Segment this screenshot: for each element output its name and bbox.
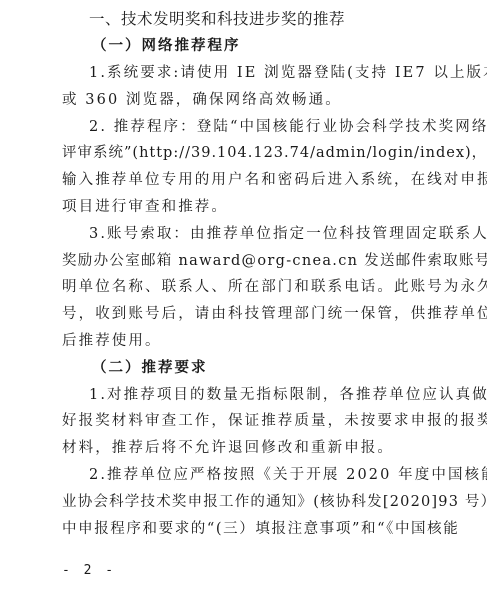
- paragraph-line: 1.系统要求:请使用 IE 浏览器登陆(支持 IE7 以上版本）: [89, 63, 487, 83]
- paragraph-line: 2.推荐单位应严格按照《关于开展 2020 年度中国核能行: [89, 465, 487, 485]
- paragraph-line: 输入推荐单位专用的用户名和密码后进入系统，在线对申报: [62, 170, 487, 190]
- paragraph-line: 3.账号索取：由推荐单位指定一位科技管理固定联系人向: [89, 224, 487, 244]
- paragraph-line: 材料，推荐后将不允许退回修改和重新申报。: [62, 438, 394, 458]
- paragraph-line: 2. 推荐程序：登陆“中国核能行业协会科学技术奖网络: [89, 117, 487, 137]
- page-number: - 2 -: [62, 563, 116, 578]
- subsection-title-requirements: （二）推荐要求: [92, 358, 208, 378]
- paragraph-line: 业协会科学技术奖申报工作的通知》(核协科发[2020]93 号）: [62, 492, 487, 512]
- paragraph-line: 项目进行审查和推荐。: [62, 197, 228, 217]
- section-title: 一、技术发明奖和科技进步奖的推荐: [89, 9, 345, 29]
- paragraph-line: 明单位名称、联系人、所在部门和联系电话。此账号为永久账: [62, 277, 487, 297]
- paragraph-line: 1.对推荐项目的数量无指标限制，各推荐单位应认真做: [89, 385, 487, 405]
- paragraph-line: 后推荐使用。: [62, 331, 162, 351]
- paragraph-line: 好报奖材料审查工作，保证推荐质量，未按要求申报的报奖: [62, 411, 487, 431]
- subsection-title-network: （一）网络推荐程序: [92, 36, 241, 56]
- paragraph-line: 中申报程序和要求的“(三）填报注意事项”和“《中国核能: [62, 519, 459, 539]
- paragraph-line-url: 评审系统”(http://39.104.123.74/admin/login/i…: [62, 143, 487, 163]
- paragraph-line: 号，收到账号后，请由科技管理部门统一保管，供推荐单位今: [62, 304, 487, 324]
- paragraph-line-email: 奖励办公室邮箱 naward@org-cnea.cn 发送邮件索取账号，并注: [62, 251, 487, 271]
- paragraph-line: 或 360 浏览器，确保网络高效畅通。: [62, 90, 342, 110]
